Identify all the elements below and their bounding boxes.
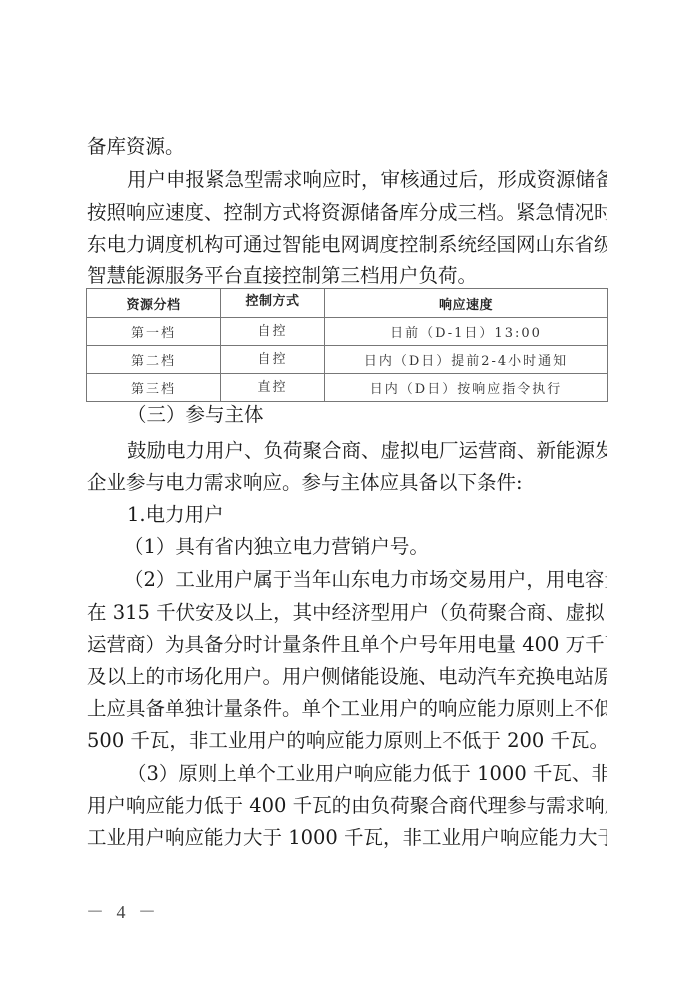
cell-tier: 第三档 (87, 374, 221, 402)
paragraph-line: 在 315 千伏安及以上，其中经济型用户（负荷聚合商、虚拟电厂 (87, 601, 607, 625)
paragraph-line: 用户响应能力低于 400 千瓦的由负荷聚合商代理参与需求响应。 (87, 794, 607, 818)
resource-tier-table: 资源分档 控制方式 响应速度 第一档 自控 日前（D-1日）13:00 第二档 … (86, 288, 608, 402)
list-heading: 1.电力用户 (127, 503, 607, 527)
paragraph-line: 用户申报紧急型需求响应时，审核通过后，形成资源储备库， (127, 168, 607, 192)
cell-control: 自控 (221, 318, 325, 346)
paragraph-line: （1）具有省内独立电力营销户号。 (124, 535, 607, 559)
cell-tier: 第二档 (87, 346, 221, 374)
cell-speed: 日内（D日）按响应指令执行 (325, 374, 608, 402)
cell-tier: 第一档 (87, 318, 221, 346)
header-resource-tier: 资源分档 (87, 289, 221, 318)
paragraph-line: 上应具备单独计量条件。单个工业用户的响应能力原则上不低于 (87, 697, 607, 721)
paragraph-line: 按照响应速度、控制方式将资源储备库分成三档。紧急情况时山 (87, 201, 607, 225)
header-response-speed: 响应速度 (325, 289, 608, 318)
page-number: － 4 － (86, 898, 160, 924)
table-row: 第三档 直控 日内（D日）按响应指令执行 (87, 374, 608, 402)
table-header-row: 资源分档 控制方式 响应速度 (87, 289, 608, 318)
table-row: 第二档 自控 日内（D日）提前2-4小时通知 (87, 346, 608, 374)
cell-speed: 日前（D-1日）13:00 (325, 318, 608, 346)
paragraph-line: （3）原则上单个工业用户响应能力低于 1000 千瓦、非工业 (127, 762, 607, 786)
paragraph-line: 企业参与电力需求响应。参与主体应具备以下条件: (87, 471, 607, 495)
paragraph-line: 及以上的市场化用户。用户侧储能设施、电动汽车充换电站原则 (87, 665, 607, 689)
paragraph-line: 东电力调度机构可通过智能电网调度控制系统经国网山东省级 (87, 233, 607, 257)
paragraph-line: 备库资源。 (87, 135, 607, 159)
cell-control: 自控 (221, 346, 325, 374)
document-page: 备库资源。 用户申报紧急型需求响应时，审核通过后，形成资源储备库， 按照响应速度… (0, 0, 700, 990)
table-row: 第一档 自控 日前（D-1日）13:00 (87, 318, 608, 346)
cell-speed: 日内（D日）提前2-4小时通知 (325, 346, 608, 374)
paragraph-line: 运营商）为具备分时计量条件且单个户号年用电量 400 万千瓦时 (87, 633, 607, 657)
paragraph-line: 鼓励电力用户、负荷聚合商、虚拟电厂运营商、新能源发电 (127, 439, 607, 463)
cell-control: 直控 (221, 374, 325, 402)
paragraph-line: 智慧能源服务平台直接控制第三档用户负荷。 (87, 264, 607, 288)
section-heading: （三）参与主体 (127, 403, 327, 427)
header-control-mode: 控制方式 (221, 289, 325, 318)
paragraph-line: （2）工业用户属于当年山东电力市场交易用户，用电容量 (124, 568, 607, 592)
paragraph-line: 500 千瓦，非工业用户的响应能力原则上不低于 200 千瓦。 (87, 729, 607, 753)
paragraph-line: 工业用户响应能力大于 1000 千瓦，非工业用户响应能力大于 400 (87, 826, 607, 850)
